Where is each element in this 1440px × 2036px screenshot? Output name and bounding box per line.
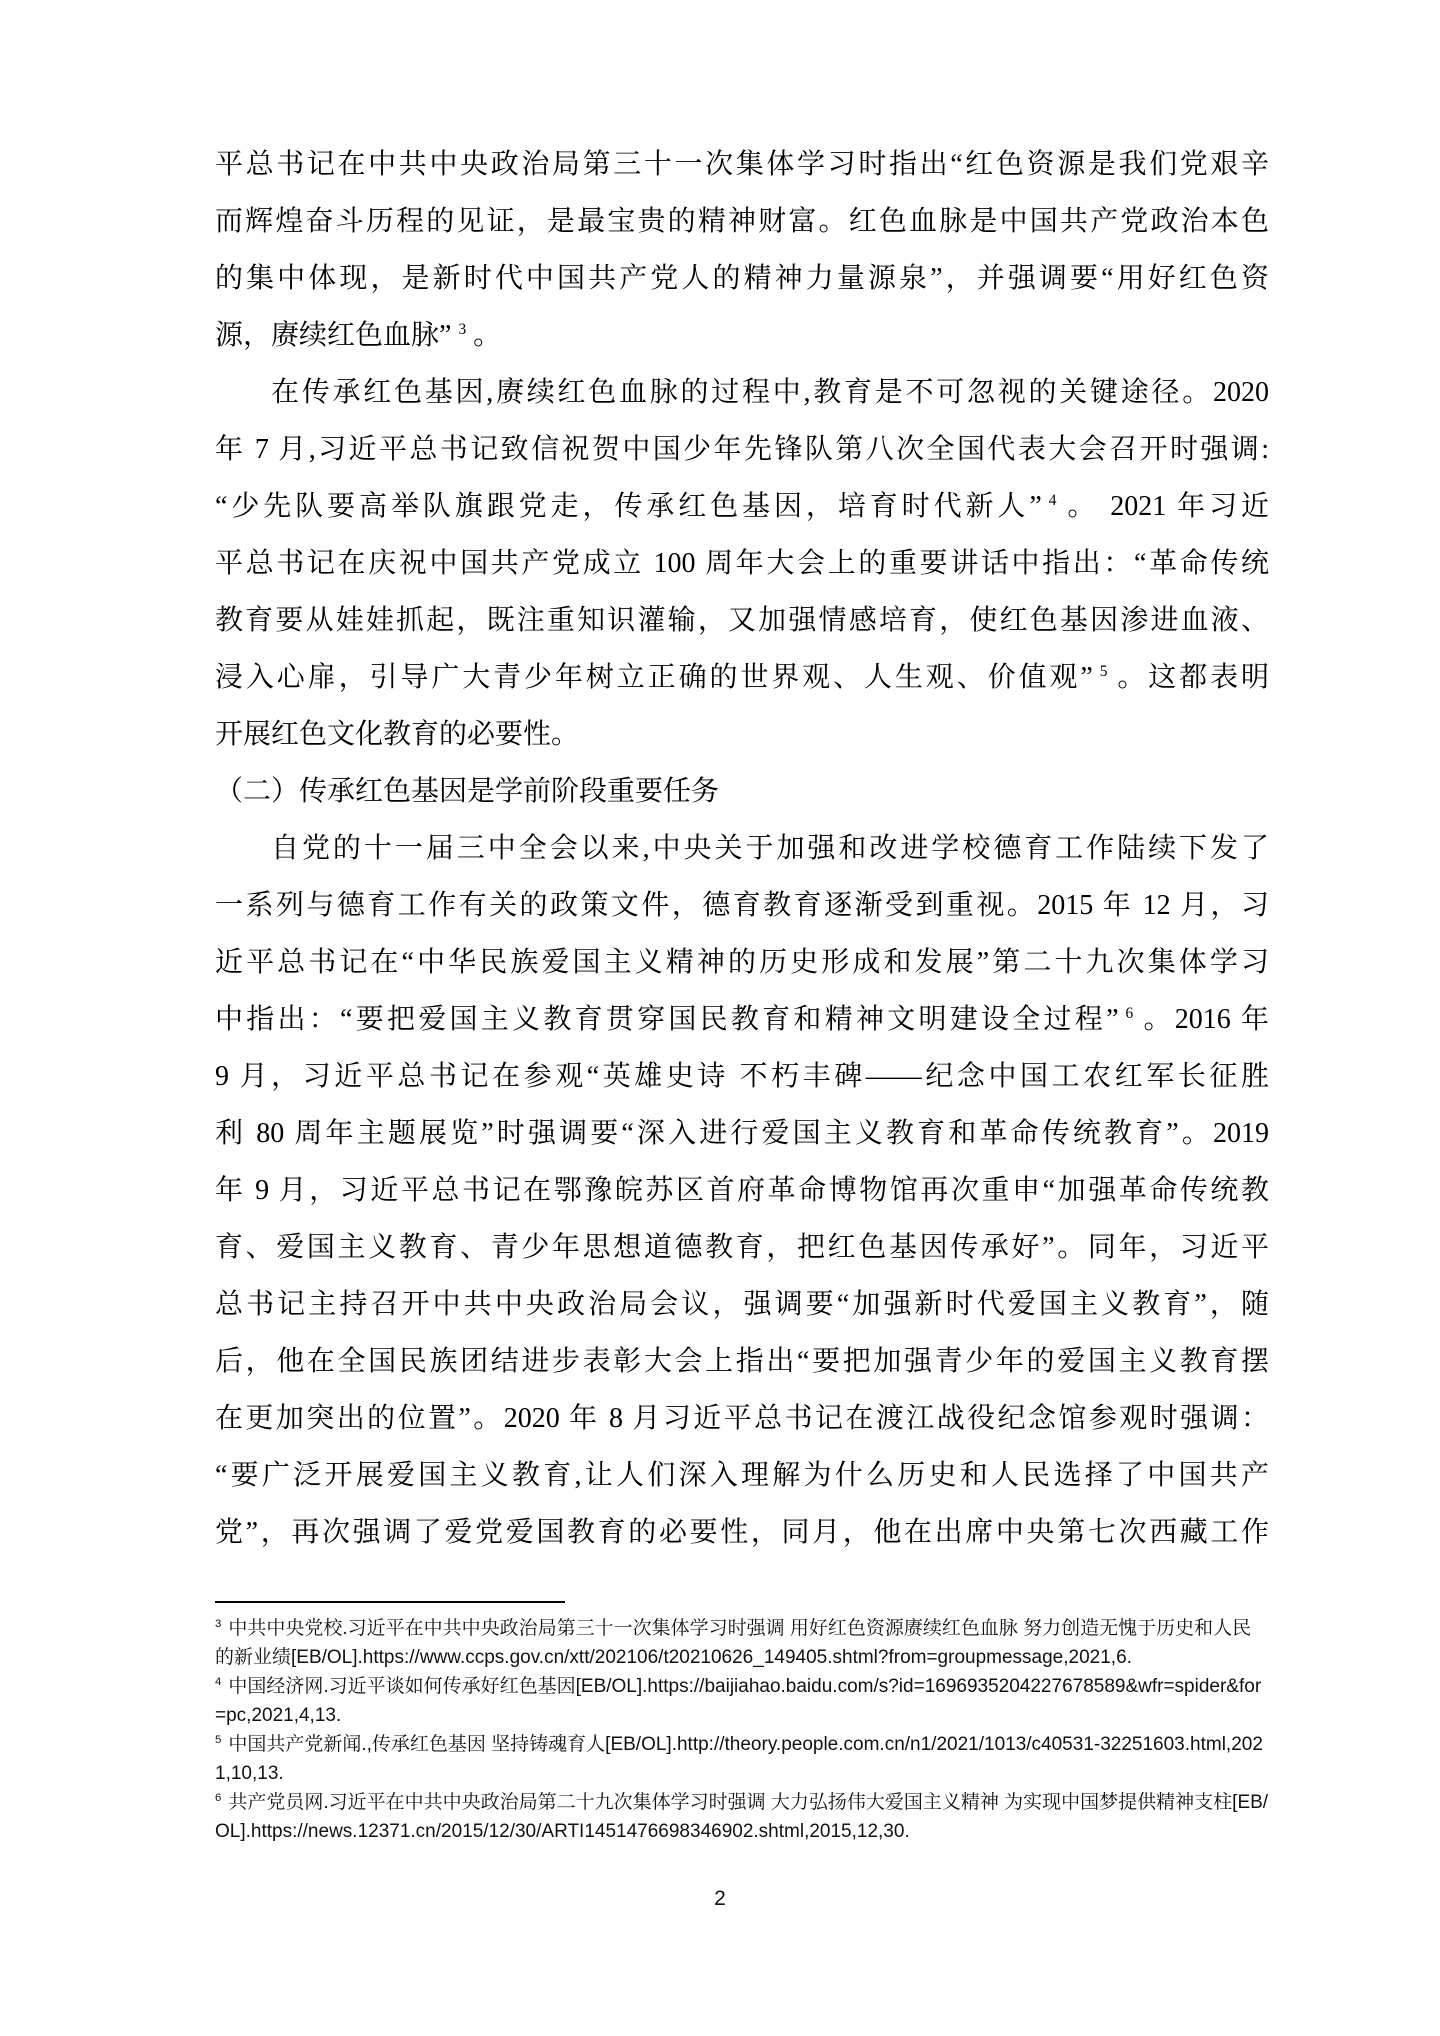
body-line: “要广泛开展爱国主义教育,让人们深入理解为什么历史和人民选择了中国共产 xyxy=(215,1447,1269,1504)
footnote-marker: 3 xyxy=(215,1618,221,1630)
footnote-separator xyxy=(215,1601,565,1603)
body-line: 自党的十一届三中全会以来,中央关于加强和改进学校德育工作陆续下发了 xyxy=(215,820,1269,877)
document-page: 平总书记在中共中央政治局第三十一次集体学习时指出“红色资源是我们党艰辛而辉煌奋斗… xyxy=(0,0,1440,2036)
body-line: 平总书记在中共中央政治局第三十一次集体学习时指出“红色资源是我们党艰辛 xyxy=(215,136,1269,193)
body-line: 在传承红色基因,赓续红色血脉的过程中,教育是不可忽视的关键途径。2020 xyxy=(215,364,1269,421)
section-heading: （二）传承红色基因是学前阶段重要任务 xyxy=(215,763,1269,820)
footnote-reference: 6 xyxy=(1126,1005,1134,1022)
body-line: 平总书记在庆祝中国共产党成立 100 周年大会上的重要讲话中指出：“革命传统 xyxy=(215,535,1269,592)
body-line: 在更加突出的位置”。2020 年 8 月习近平总书记在渡江战役纪念馆参观时强调： xyxy=(215,1390,1269,1447)
body-line: 年 9 月，习近平总书记在鄂豫皖苏区首府革命博物馆再次重申“加强革命传统教 xyxy=(215,1162,1269,1219)
footnote-marker: 4 xyxy=(215,1676,221,1688)
footnote-reference: 3 xyxy=(458,321,466,338)
body-line: 9 月，习近平总书记在参观“英雄史诗 不朽丰碑——纪念中国工农红军长征胜 xyxy=(215,1048,1269,1105)
body-text: 平总书记在中共中央政治局第三十一次集体学习时指出“红色资源是我们党艰辛而辉煌奋斗… xyxy=(215,136,1269,1561)
body-line: 源，赓续红色血脉”3。 xyxy=(215,307,1269,364)
footnote-marker: 5 xyxy=(215,1734,221,1746)
footnote: 5中国共产党新闻.,传承红色基因 坚持铸魂育人[EB/OL].http://th… xyxy=(215,1730,1269,1788)
body-line: 浸入心扉，引导广大青少年树立正确的世界观、人生观、价值观”5。这都表明 xyxy=(215,649,1269,706)
footnotes: 3中共中央党校.习近平在中共中央政治局第三十一次集体学习时强调 用好红色资源赓续… xyxy=(215,1614,1269,1846)
body-line: 而辉煌奋斗历程的见证，是最宝贵的精神财富。红色血脉是中国共产党政治本色 xyxy=(215,193,1269,250)
body-line: 年 7 月,习近平总书记致信祝贺中国少年先锋队第八次全国代表大会召开时强调: xyxy=(215,421,1269,478)
body-line: 一系列与德育工作有关的政策文件，德育教育逐渐受到重视。2015 年 12 月，习 xyxy=(215,877,1269,934)
body-line: 教育要从娃娃抓起，既注重知识灌输，又加强情感培育，使红色基因渗进血液、 xyxy=(215,592,1269,649)
body-line: 后，他在全国民族团结进步表彰大会上指出“要把加强青少年的爱国主义教育摆 xyxy=(215,1333,1269,1390)
body-line: 中指出：“要把爱国主义教育贯穿国民教育和精神文明建设全过程”6。2016 年 xyxy=(215,991,1269,1048)
body-line: 党”，再次强调了爱党爱国教育的必要性，同月，他在出席中央第七次西藏工作 xyxy=(215,1504,1269,1561)
body-line: 近平总书记在“中华民族爱国主义精神的历史形成和发展”第二十九次集体学习 xyxy=(215,934,1269,991)
body-line: 开展红色文化教育的必要性。 xyxy=(215,706,1269,763)
body-line: 的集中体现，是新时代中国共产党人的精神力量源泉”，并强调要“用好红色资 xyxy=(215,250,1269,307)
footnote: 3中共中央党校.习近平在中共中央政治局第三十一次集体学习时强调 用好红色资源赓续… xyxy=(215,1614,1269,1672)
footnote: 4中国经济网.习近平谈如何传承好红色基因[EB/OL].https://baij… xyxy=(215,1672,1269,1730)
body-line: “少先队要高举队旗跟党走，传承红色基因，培育时代新人”4。 2021 年习近 xyxy=(215,478,1269,535)
body-line: 育、爱国主义教育、青少年思想道德教育，把红色基因传承好”。同年，习近平 xyxy=(215,1219,1269,1276)
body-line: 利 80 周年主题展览”时强调要“深入进行爱国主义教育和革命传统教育”。2019 xyxy=(215,1105,1269,1162)
footnote-reference: 5 xyxy=(1100,663,1108,680)
footnote-reference: 4 xyxy=(1049,492,1057,509)
footnote-marker: 6 xyxy=(215,1792,221,1804)
page-number: 2 xyxy=(0,1884,1440,1914)
body-line: 总书记主持召开中共中央政治局会议，强调要“加强新时代爱国主义教育”，随 xyxy=(215,1276,1269,1333)
footnote: 6共产党员网.习近平在中共中央政治局第二十九次集体学习时强调 大力弘扬伟大爱国主… xyxy=(215,1788,1269,1846)
